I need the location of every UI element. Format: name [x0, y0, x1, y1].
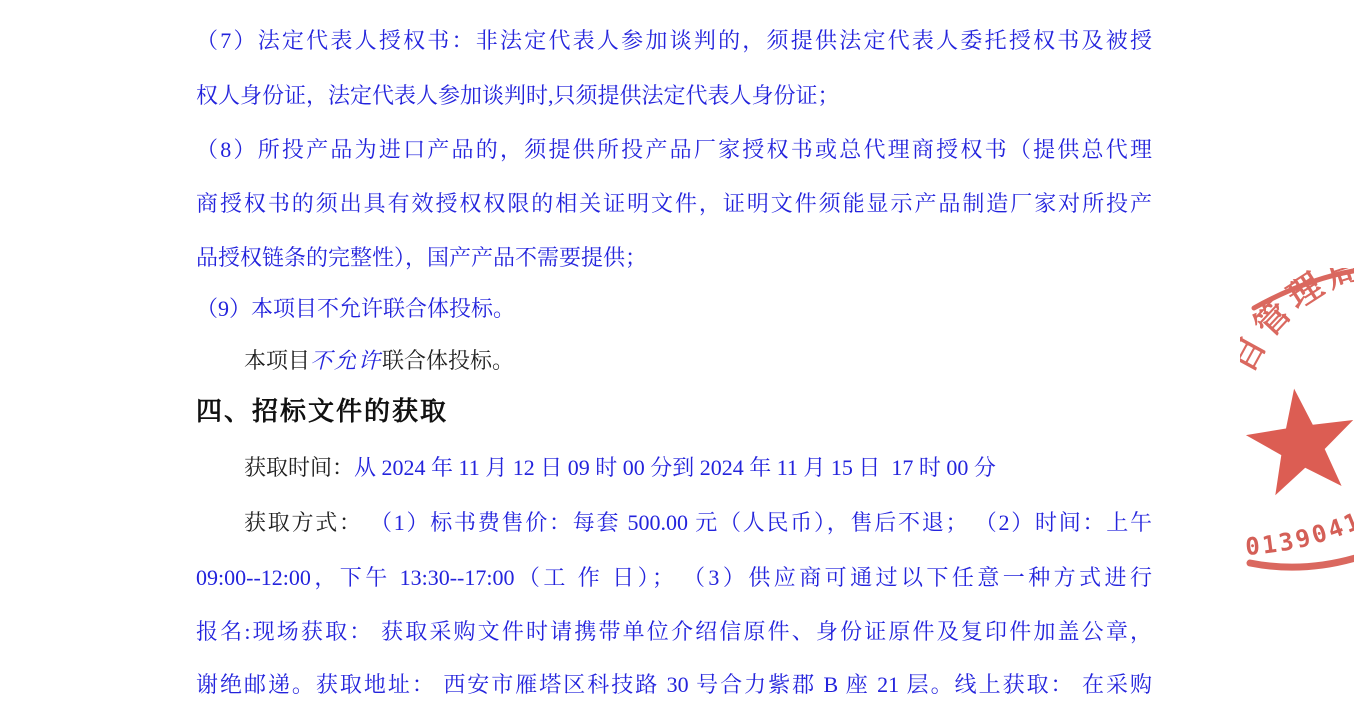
acquire-time-value: 从 2024 年 11 月 12 日 09 时 00 分到 2024 年 11 … — [354, 455, 996, 480]
svg-text:目管理局: 目管理局 — [1240, 268, 1354, 378]
acquire-method-label: 获取方式： — [244, 510, 363, 535]
acquire-method-line-3: 报名:现场获取： 获取采购文件时请携带单位介绍信原件、身份证原件及复印件加盖公章… — [196, 617, 1152, 647]
para-8-line-2: 商授权书的须出具有效授权权限的相关证明文件，证明文件须能显示产品制造厂家对所投产 — [196, 189, 1152, 219]
para-8-line-3: 品授权链条的完整性），国产产品不需要提供； — [196, 243, 1152, 273]
acquire-method-line-2: 09:00--12:00，下午 13:30--17:00（工 作 日）； （3）… — [196, 563, 1152, 593]
para-7-line-1: （7）法定代表人授权书：非法定代表人参加谈判的，须提供法定代表人委托授权书及被授 — [196, 26, 1152, 56]
para-7-line-2: 权人身份证，法定代表人参加谈判时,只须提供法定代表人身份证； — [196, 81, 1152, 111]
joint-note-suffix: 联合体投标。 — [382, 348, 514, 373]
para-9-line-1: （9）本项目不允许联合体投标。 — [196, 294, 1152, 324]
stamp-star-icon — [1246, 389, 1353, 496]
section-4-heading: 四、招标文件的获取 — [196, 394, 448, 428]
acquire-method-line-1: 获取方式： （1）标书费售价：每套 500.00 元（人民币），售后不退； （2… — [196, 508, 1152, 538]
joint-venture-note: 本项目不允许联合体投标。 — [196, 346, 1152, 376]
document-page: （7）法定代表人授权书：非法定代表人参加谈判的，须提供法定代表人委托授权书及被授… — [0, 0, 1354, 709]
acquire-method-value-1: （1）标书费售价：每套 500.00 元（人民币），售后不退； （2）时间：上午 — [363, 510, 1152, 535]
official-stamp: 目管理局 01390411 — [1240, 268, 1354, 598]
acquire-time-line: 获取时间：从 2024 年 11 月 12 日 09 时 00 分到 2024 … — [196, 453, 1152, 483]
stamp-arc-text: 目管理局 — [1240, 268, 1354, 378]
para-8-line-1: （8）所投产品为进口产品的，须提供所投产品厂家授权书或总代理商授权书（提供总代理 — [196, 135, 1152, 165]
acquire-time-label: 获取时间： — [244, 455, 354, 480]
joint-note-prefix: 本项目 — [244, 348, 310, 373]
acquire-method-line-4: 谢绝邮递。获取地址： 西安市雁塔区科技路 30 号合力紫郡 B 座 21 层。线… — [196, 670, 1152, 700]
joint-note-emphasis: 不允许 — [310, 348, 382, 373]
